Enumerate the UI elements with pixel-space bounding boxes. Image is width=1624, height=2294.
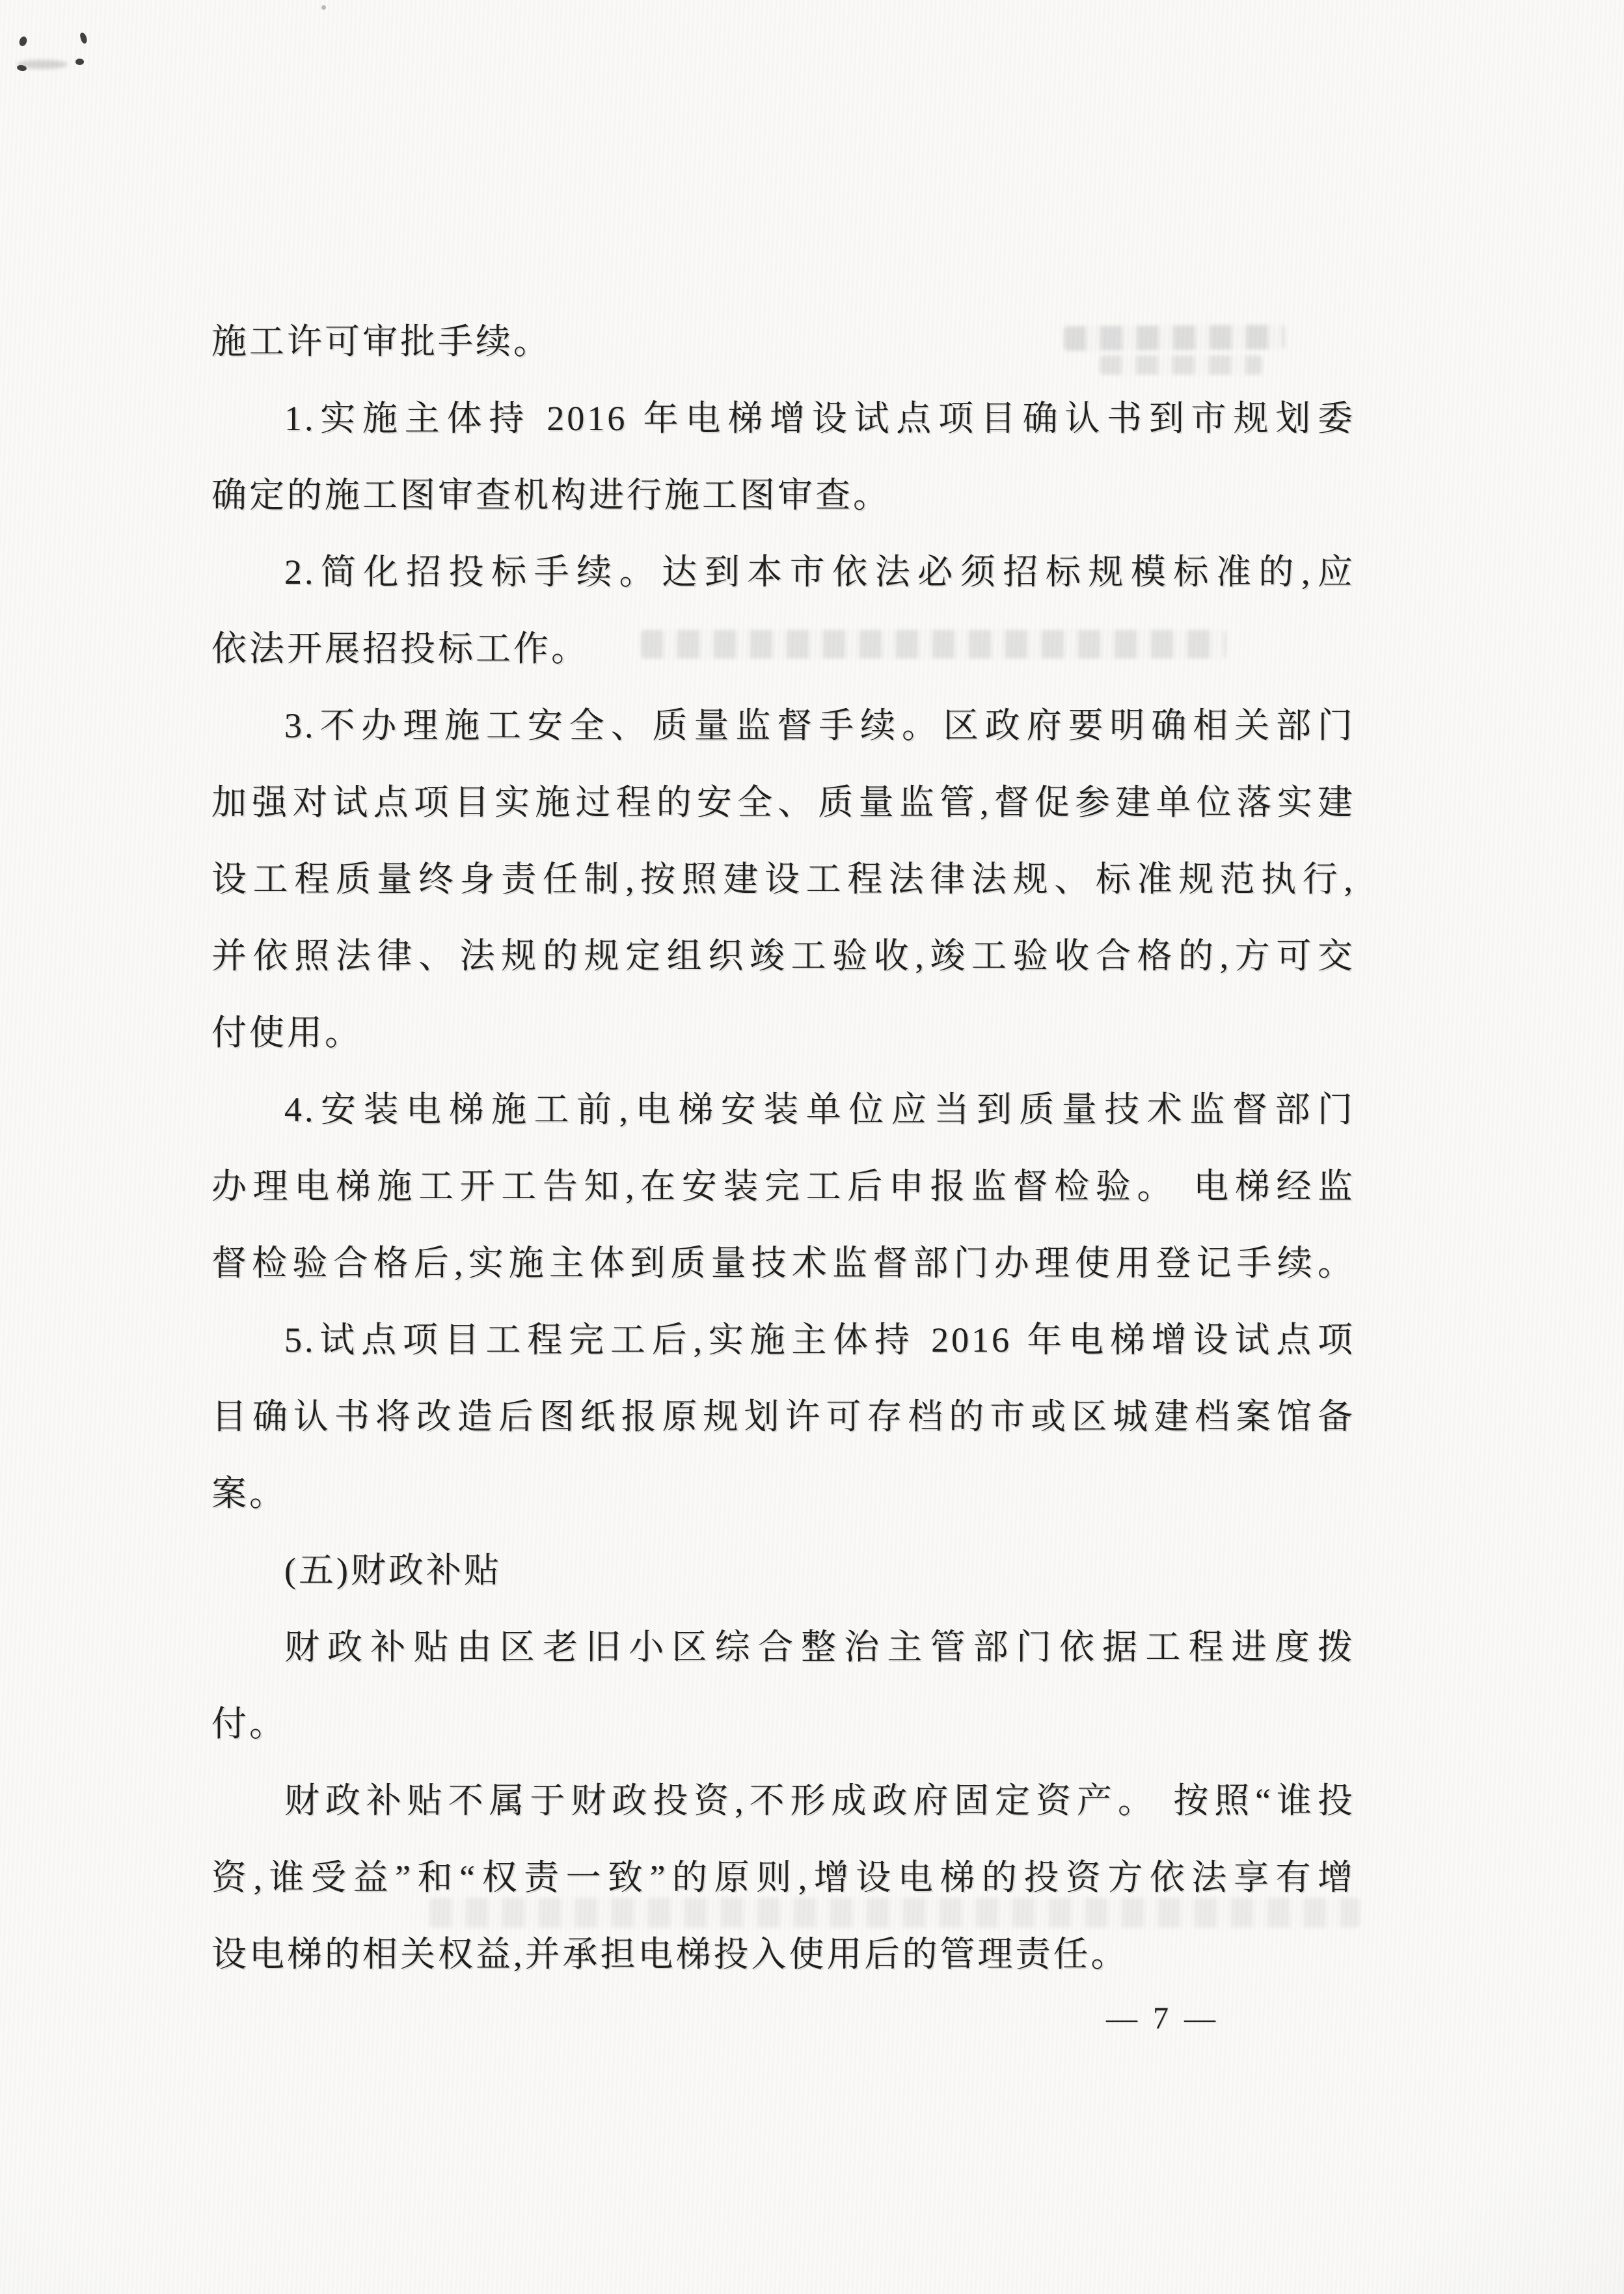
text-line: 办理电梯施工开工告知,在安装完工后申报监督检验。 电梯经监 (211, 1148, 1355, 1225)
text-line: 加强对试点项目实施过程的安全、质量监管,督促参建单位落实建 (211, 764, 1355, 841)
document-body: 施工许可审批手续。1.实施主体持 2016 年电梯增设试点项目确认书到市规划委确… (211, 303, 1355, 1993)
text-line: 付。 (211, 1686, 1355, 1762)
text-line: 4.安装电梯施工前,电梯安装单位应当到质量技术监督部门 (211, 1071, 1355, 1148)
text-line: (五)财政补贴 (211, 1532, 1355, 1609)
text-line: 并依照法律、法规的规定组织竣工验收,竣工验收合格的,方可交 (211, 918, 1355, 994)
text-line: 3.不办理施工安全、质量监督手续。区政府要明确相关部门 (211, 687, 1355, 764)
text-line: 确定的施工图审查机构进行施工图审查。 (211, 457, 1355, 534)
page-number: — 7 — (1106, 1999, 1219, 2038)
scanned-document-page: 施工许可审批手续。1.实施主体持 2016 年电梯增设试点项目确认书到市规划委确… (0, 0, 1624, 2294)
ink-speckle (75, 59, 84, 65)
text-line: 2.简化招投标手续。达到本市依法必须招标规模标准的,应 (211, 534, 1355, 610)
text-line: 目确认书将改造后图纸报原规划许可存档的市或区城建档案馆备 (211, 1378, 1355, 1455)
text-line: 5.试点项目工程完工后,实施主体持 2016 年电梯增设试点项 (211, 1302, 1355, 1378)
text-line: 设电梯的相关权益,并承担电梯投入使用后的管理责任。 (211, 1916, 1355, 1993)
ink-speckle (79, 32, 88, 44)
text-line: 1.实施主体持 2016 年电梯增设试点项目确认书到市规划委 (211, 380, 1355, 457)
text-line: 财政补贴不属于财政投资,不形成政府固定资产。 按照“谁投 (211, 1762, 1355, 1839)
text-line: 案。 (211, 1455, 1355, 1532)
ink-speckle (321, 5, 326, 10)
text-line: 资,谁受益”和“权责一致”的原则,增设电梯的投资方依法享有增 (211, 1839, 1355, 1916)
text-line: 施工许可审批手续。 (211, 303, 1355, 380)
text-line: 设工程质量终身责任制,按照建设工程法律法规、标准规范执行, (211, 841, 1355, 918)
text-line: 依法开展招投标工作。 (211, 610, 1355, 687)
text-line: 督检验合格后,实施主体到质量技术监督部门办理使用登记手续。 (211, 1225, 1355, 1302)
text-line: 财政补贴由区老旧小区综合整治主管部门依据工程进度拨 (211, 1609, 1355, 1686)
text-line: 付使用。 (211, 994, 1355, 1071)
ink-speckle (18, 36, 28, 48)
